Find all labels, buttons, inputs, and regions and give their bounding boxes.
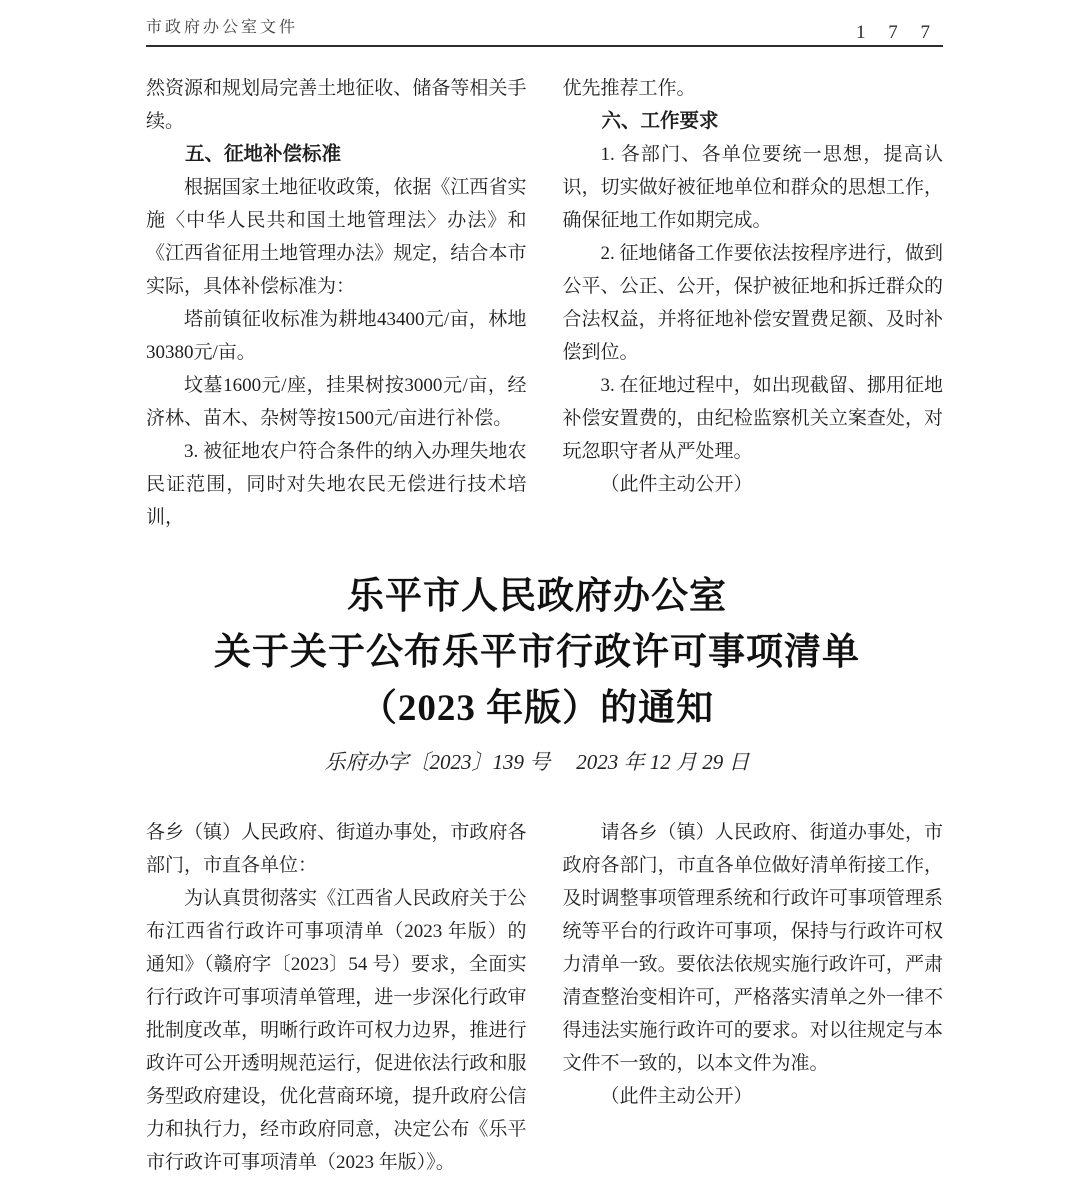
title-line-1: 乐平市人民政府办公室 (0, 569, 1074, 625)
body-paragraph: 塔前镇征收标准为耕地43400元/亩，林地30380元/亩。 (146, 303, 527, 369)
body-paragraph: 坟墓1600元/座，挂果树按3000元/亩，经济林、苗木、杂树等按1500元/亩… (146, 369, 527, 435)
title-line-2: 关于关于公布乐平市行政许可事项清单 (0, 625, 1074, 681)
doc1-right-column: 优先推荐工作。 六、工作要求 1. 各部门、各单位要统一思想，提高认识，切实做好… (563, 72, 944, 534)
salutation: 各乡（镇）人民政府、街道办事处，市政府各部门，市直各单位： (146, 816, 527, 882)
title-line-3: （2023 年版）的通知 (0, 681, 1074, 737)
body-paragraph: 为认真贯彻落实《江西省人民政府关于公布江西省行政许可事项清单（2023 年版）的… (146, 882, 527, 1178)
doc-number-date-line: 乐府办字〔2023〕139 号2023 年 12 月 29 日 (0, 745, 1074, 779)
body-paragraph: 1. 各部门、各单位要统一思想，提高认识，切实做好被征地单位和群众的思想工作，确… (563, 138, 944, 237)
doc2-left-column: 各乡（镇）人民政府、街道办事处，市政府各部门，市直各单位： 为认真贯彻落实《江西… (146, 816, 527, 1178)
section-heading-6: 六、工作要求 (563, 105, 944, 138)
doc2-right-column: 请各乡（镇）人民政府、街道办事处，市政府各部门，市直各单位做好清单衔接工作，及时… (563, 816, 944, 1178)
document-title: 乐平市人民政府办公室 关于关于公布乐平市行政许可事项清单 （2023 年版）的通… (0, 569, 1074, 737)
header-rule (146, 45, 943, 47)
body-paragraph: 根据国家土地征收政策，依据《江西省实施〈中华人民共和国土地管理法〉办法》和《江西… (146, 171, 527, 303)
page-number: 1 7 7 (856, 22, 941, 44)
doc2-body-section: 各乡（镇）人民政府、街道办事处，市政府各部门，市直各单位： 为认真贯彻落实《江西… (146, 816, 943, 1178)
page-header: 市政府办公室文件 1 7 7 (146, 14, 941, 44)
section-heading-5: 五、征地补偿标准 (146, 138, 527, 171)
publicity-note: （此件主动公开） (563, 1080, 944, 1113)
doc2-title-block: 乐平市人民政府办公室 关于关于公布乐平市行政许可事项清单 （2023 年版）的通… (0, 569, 1074, 779)
header-doc-type-label: 市政府办公室文件 (146, 14, 298, 44)
continuation-paragraph: 优先推荐工作。 (563, 72, 944, 105)
body-paragraph: 请各乡（镇）人民政府、街道办事处，市政府各部门，市直各单位做好清单衔接工作，及时… (563, 816, 944, 1080)
doc1-left-column: 然资源和规划局完善土地征收、储备等相关手续。 五、征地补偿标准 根据国家土地征收… (146, 72, 527, 534)
doc-number: 乐府办字〔2023〕139 号 (325, 750, 551, 774)
doc-date: 2023 年 12 月 29 日 (576, 750, 749, 774)
body-paragraph: 2. 征地储备工作要依法按程序进行，做到公平、公正、公开，保护被征地和拆迁群众的… (563, 237, 944, 369)
doc1-section: 然资源和规划局完善土地征收、储备等相关手续。 五、征地补偿标准 根据国家土地征收… (146, 72, 943, 534)
document-page: 市政府办公室文件 1 7 7 然资源和规划局完善土地征收、储备等相关手续。 五、… (0, 0, 1074, 1178)
publicity-note: （此件主动公开） (563, 468, 944, 501)
body-paragraph: 3. 被征地农户符合条件的纳入办理失地农民证范围，同时对失地农民无偿进行技术培训… (146, 435, 527, 534)
body-paragraph: 3. 在征地过程中，如出现截留、挪用征地补偿安置费的，由纪检监察机关立案查处，对… (563, 369, 944, 468)
continuation-paragraph: 然资源和规划局完善土地征收、储备等相关手续。 (146, 72, 527, 138)
